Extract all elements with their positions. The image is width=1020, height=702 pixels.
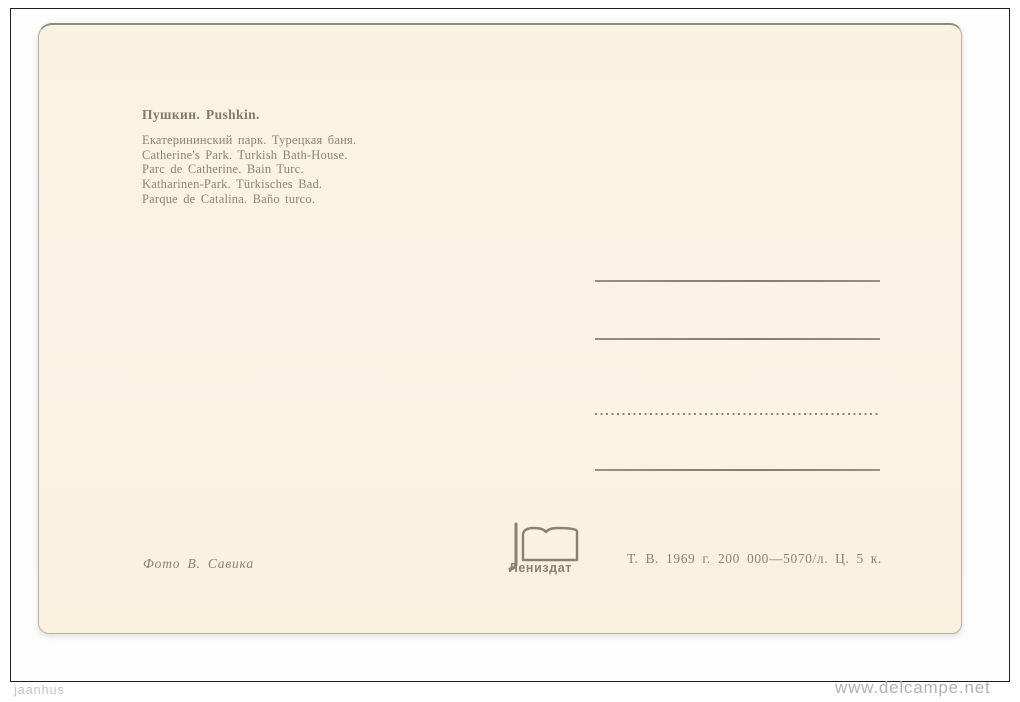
watermark-delcampe: www.delcampe.net [835, 678, 990, 698]
address-ruled-line-4 [595, 469, 880, 471]
publisher-logo: Лениздат [507, 521, 589, 575]
print-edition-info: Т. В. 1969 г. 200 000—5070/л. Ц. 5 к. [627, 551, 882, 567]
scan-frame: Пушкин. Pushkin. Екатерининский парк. Ту… [10, 8, 1010, 682]
postcard-back: Пушкин. Pushkin. Екатерининский парк. Ту… [38, 23, 962, 634]
caption-line-english: Catherine's Park. Turkish Bath-House. [142, 148, 356, 163]
publisher-name: Лениздат [509, 561, 589, 575]
photo-credit: Фото В. Савика [143, 556, 254, 572]
caption-line-french: Parc de Catherine. Bain Turc. [142, 162, 356, 177]
caption-line-spanish: Parque de Catalina. Baño turco. [142, 192, 356, 207]
caption-line-russian: Екатерининский парк. Турецкая баня. [142, 133, 356, 148]
address-ruled-line-2 [595, 338, 880, 340]
address-ruled-line-1 [595, 280, 880, 282]
caption-block: Пушкин. Pushkin. Екатерининский парк. Ту… [142, 107, 356, 207]
caption-line-german: Katharinen-Park. Türkisches Bad. [142, 177, 356, 192]
watermark-jaanhus: jaanhus [14, 683, 65, 697]
address-ruled-line-3-dashed [595, 413, 880, 415]
postcard-title: Пушкин. Pushkin. [142, 107, 356, 123]
